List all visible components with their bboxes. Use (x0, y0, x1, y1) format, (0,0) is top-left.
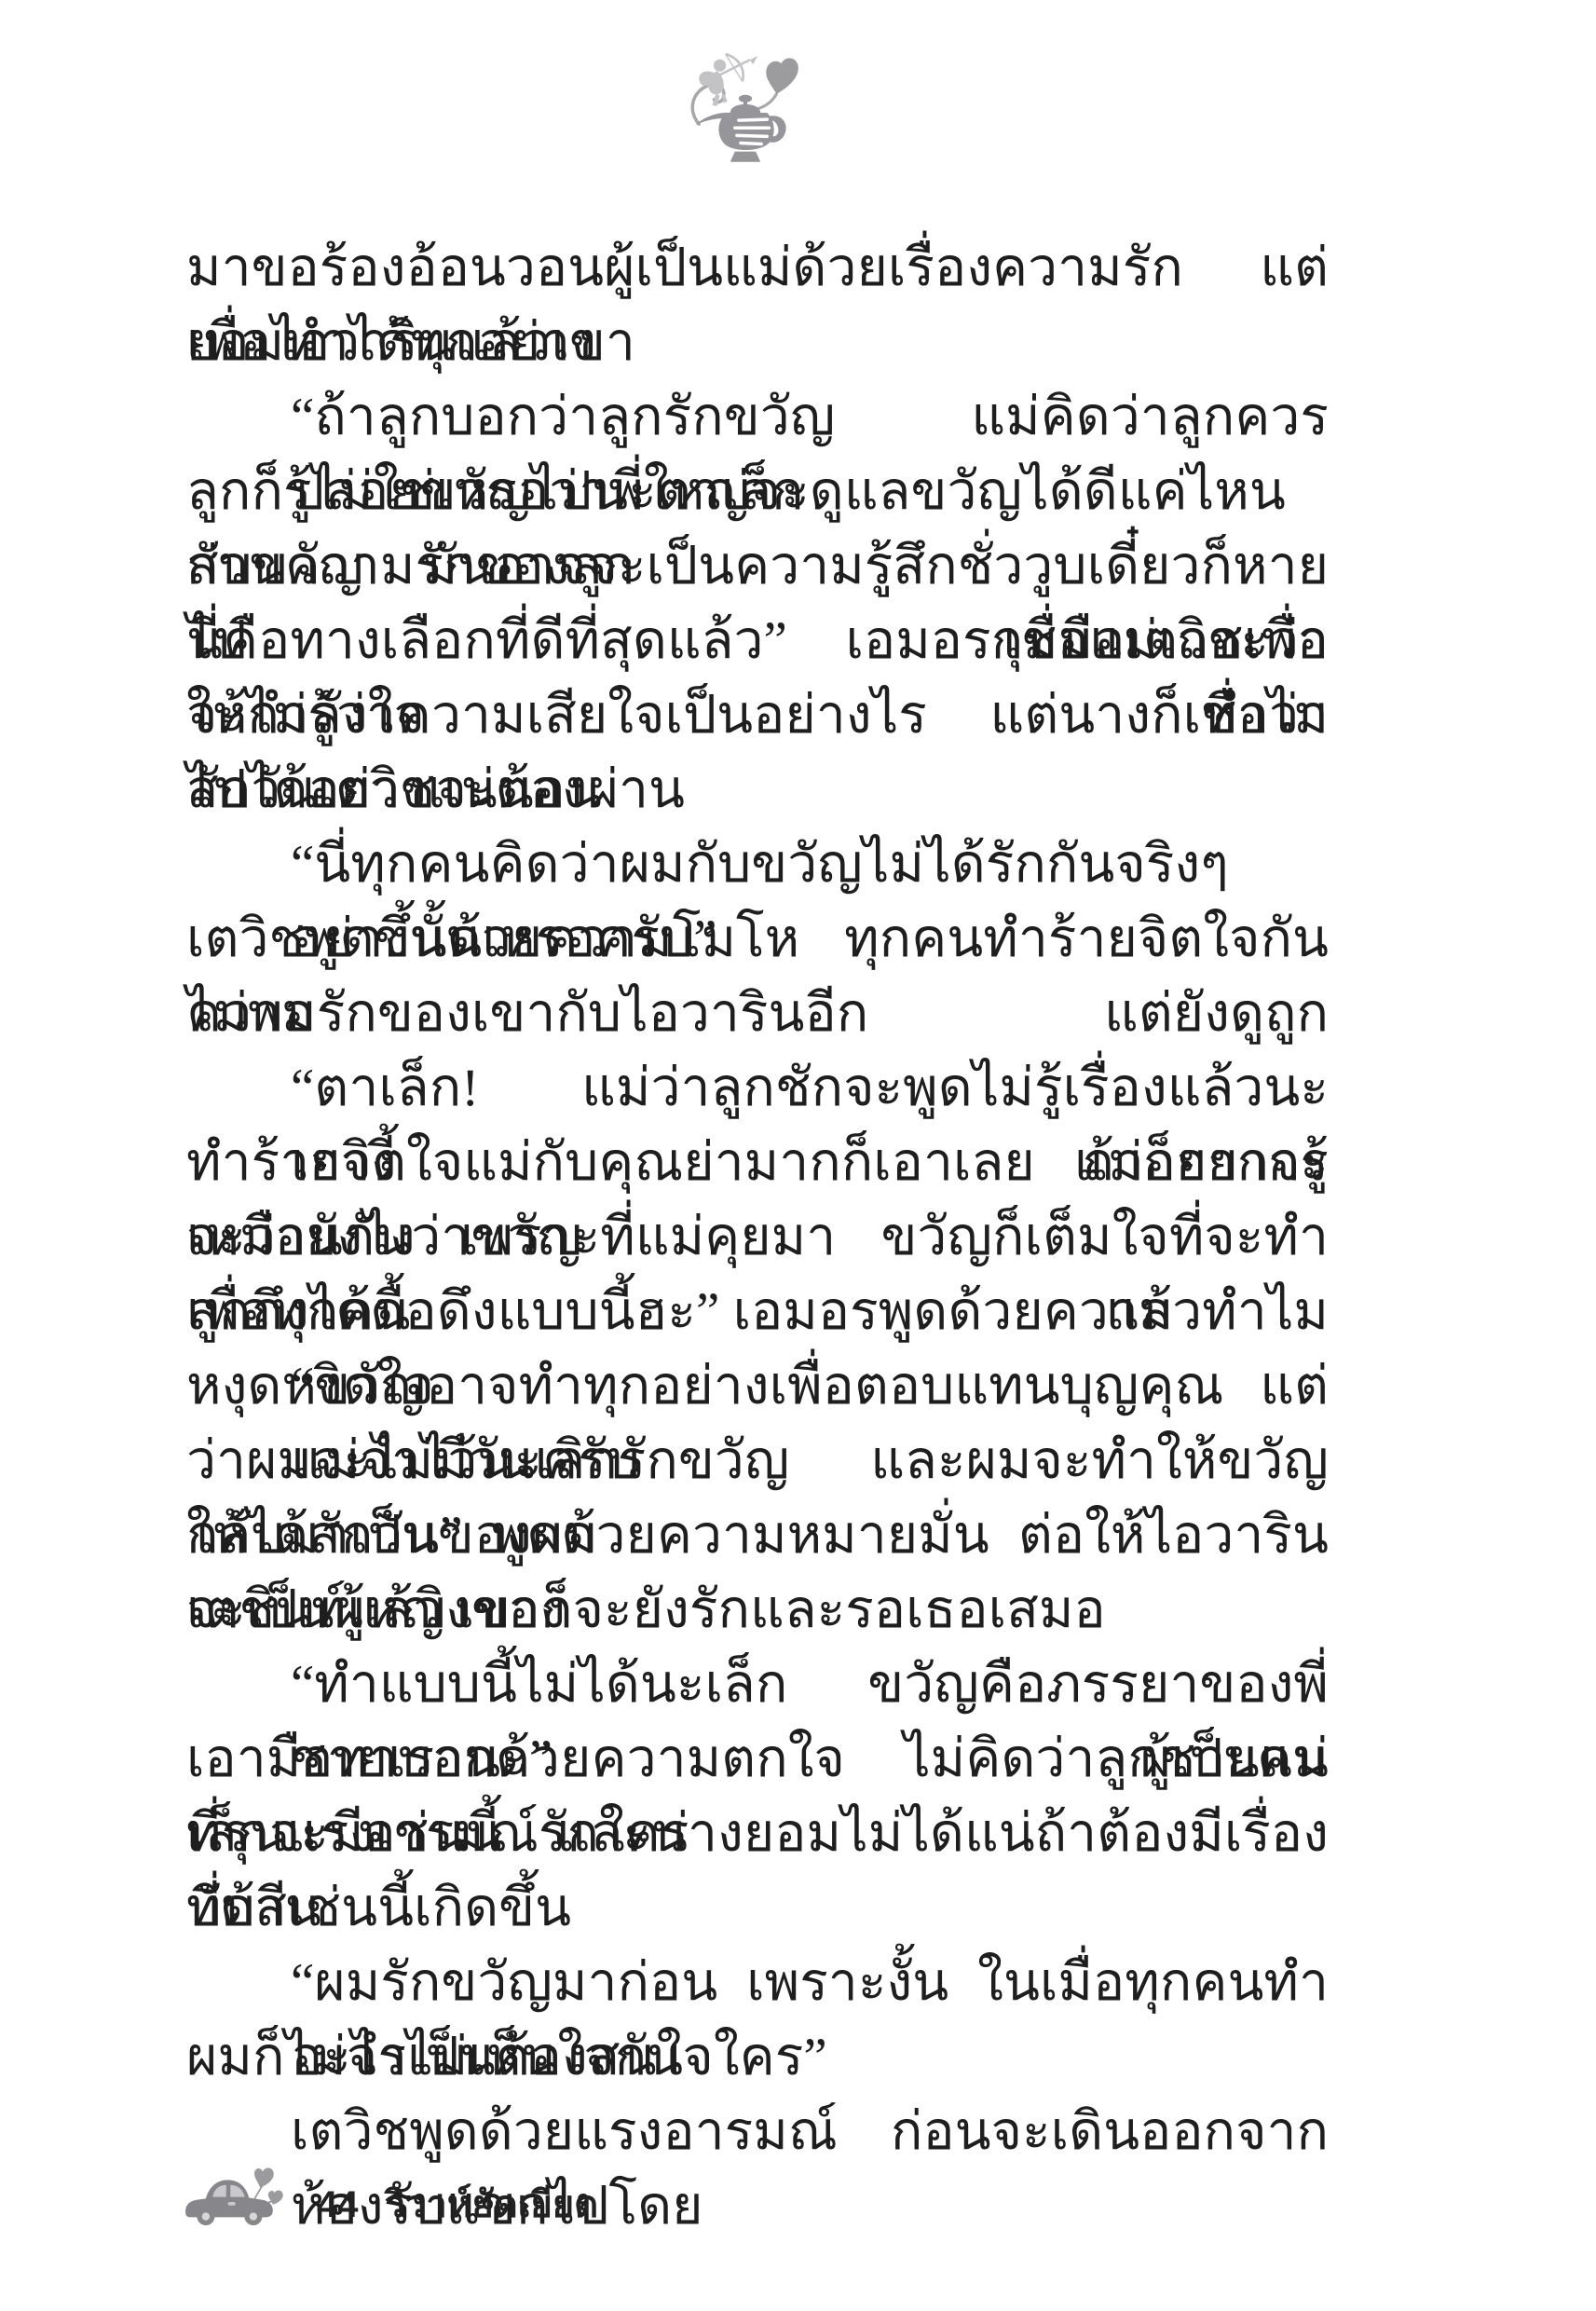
text-line: “นี่ทุกคนคิดว่าผมกับขวัญไม่ได้รักกันจริง… (186, 827, 1329, 902)
text-line: “ทำแบบนี้ไม่ได้นะเล็ก ขวัญคือภรรยาของพี่… (186, 1648, 1329, 1722)
text-line: ยอมทำได้ทุกอย่าง (186, 306, 1329, 380)
text-line: “ผมรักขวัญมาก่อน เพราะงั้น ในเมื่อทุกคนท… (186, 1946, 1329, 2020)
text-line: เตวิชพูดขึ้นด้วยความโมโห ทุกคนทำร้ายจิตใ… (186, 902, 1329, 977)
text-line: กับขวัญ มันอาจจะเป็นความรู้สึกชั่ววูบเดี… (186, 529, 1329, 604)
book-page: มาขอร้องอ้อนวอนผู้เป็นแม่ด้วยเรื่องความร… (0, 0, 1596, 2311)
text-line: ลูกก็รู้ไม่ใช่เหรอว่าพี่ใหญ่จะดูแลขวัญได… (186, 455, 1329, 529)
text-line: “ขวัญอาจทำทุกอย่างเพื่อตอบแทนบุญคุณ แต่แ… (186, 1349, 1329, 1424)
text-line: ว่าผมจะไม่มีวันเลิกรักขวัญ และผมจะทำให้ข… (186, 1424, 1329, 1498)
text-line: ลูกถึงได้ดื้อดึงแบบนี้ฮะ” เอมอรพูดด้วยคว… (186, 1275, 1329, 1349)
text-line: “ถ้าลูกบอกว่าลูกรักขวัญ แม่คิดว่าลูกควรป… (186, 380, 1329, 455)
page-text-block: มาขอร้องอ้อนวอนผู้เป็นแม่ด้วยเรื่องความร… (186, 231, 1329, 2169)
cupid-genie-lamp-ornament-icon (686, 52, 809, 175)
page-footer: 44 วิวาห์ยัดเยียด (180, 2164, 598, 2231)
text-line: เตวิชพูดด้วยแรงอารมณ์ ก่อนจะเดินออกจากห้… (186, 2095, 1329, 2169)
text-line: ทำร้ายจิตใจแม่กับคุณย่ามากก็เอาเลย แม่ก็… (186, 1126, 1329, 1200)
text-line: “ตาเล็ก! แม่ว่าลูกชักจะพูดไม่รู้เรื่องแล… (186, 1051, 1329, 1126)
page-number: 44 (317, 2186, 359, 2223)
text-line: มาขอร้องอ้อนวอนผู้เป็นแม่ด้วยเรื่องความร… (186, 231, 1329, 306)
text-line: ให้ได้สักวัน” พูดด้วยความหมายมั่น ต่อให้… (186, 1498, 1329, 1573)
text-line: ที่รุนแรงเช่นนี้ และนางยอมไม่ได้แน่ถ้าต้… (186, 1797, 1329, 1871)
text-line: จะว่ายังไง เพราะที่แม่คุยมา ขวัญก็เต็มใจ… (186, 1200, 1329, 1275)
text-line: เตชินท์แล้ว เขาก็จะยังรักและรอเธอเสมอ (186, 1573, 1329, 1648)
text-line: ไปได้อย่างแน่นอน (186, 753, 1329, 827)
car-with-heart-balloons-icon (180, 2165, 287, 2231)
text-line: จะไม่รู้ว่าความเสียใจเป็นอย่างไร แต่นางก… (186, 678, 1329, 753)
book-title: วิวาห์ยัดเยียด (385, 2186, 599, 2223)
text-line: นี่คือทางเลือกที่ดีที่สุดแล้ว” เอมอรกุมม… (186, 604, 1329, 678)
text-line: ผมก็ไม่จำเป็นต้องสนใจใคร” (186, 2020, 1329, 2095)
text-line: เอามือทาบอกด้วยความตกใจ ไม่คิดว่าลูกชายค… (186, 1722, 1329, 1797)
